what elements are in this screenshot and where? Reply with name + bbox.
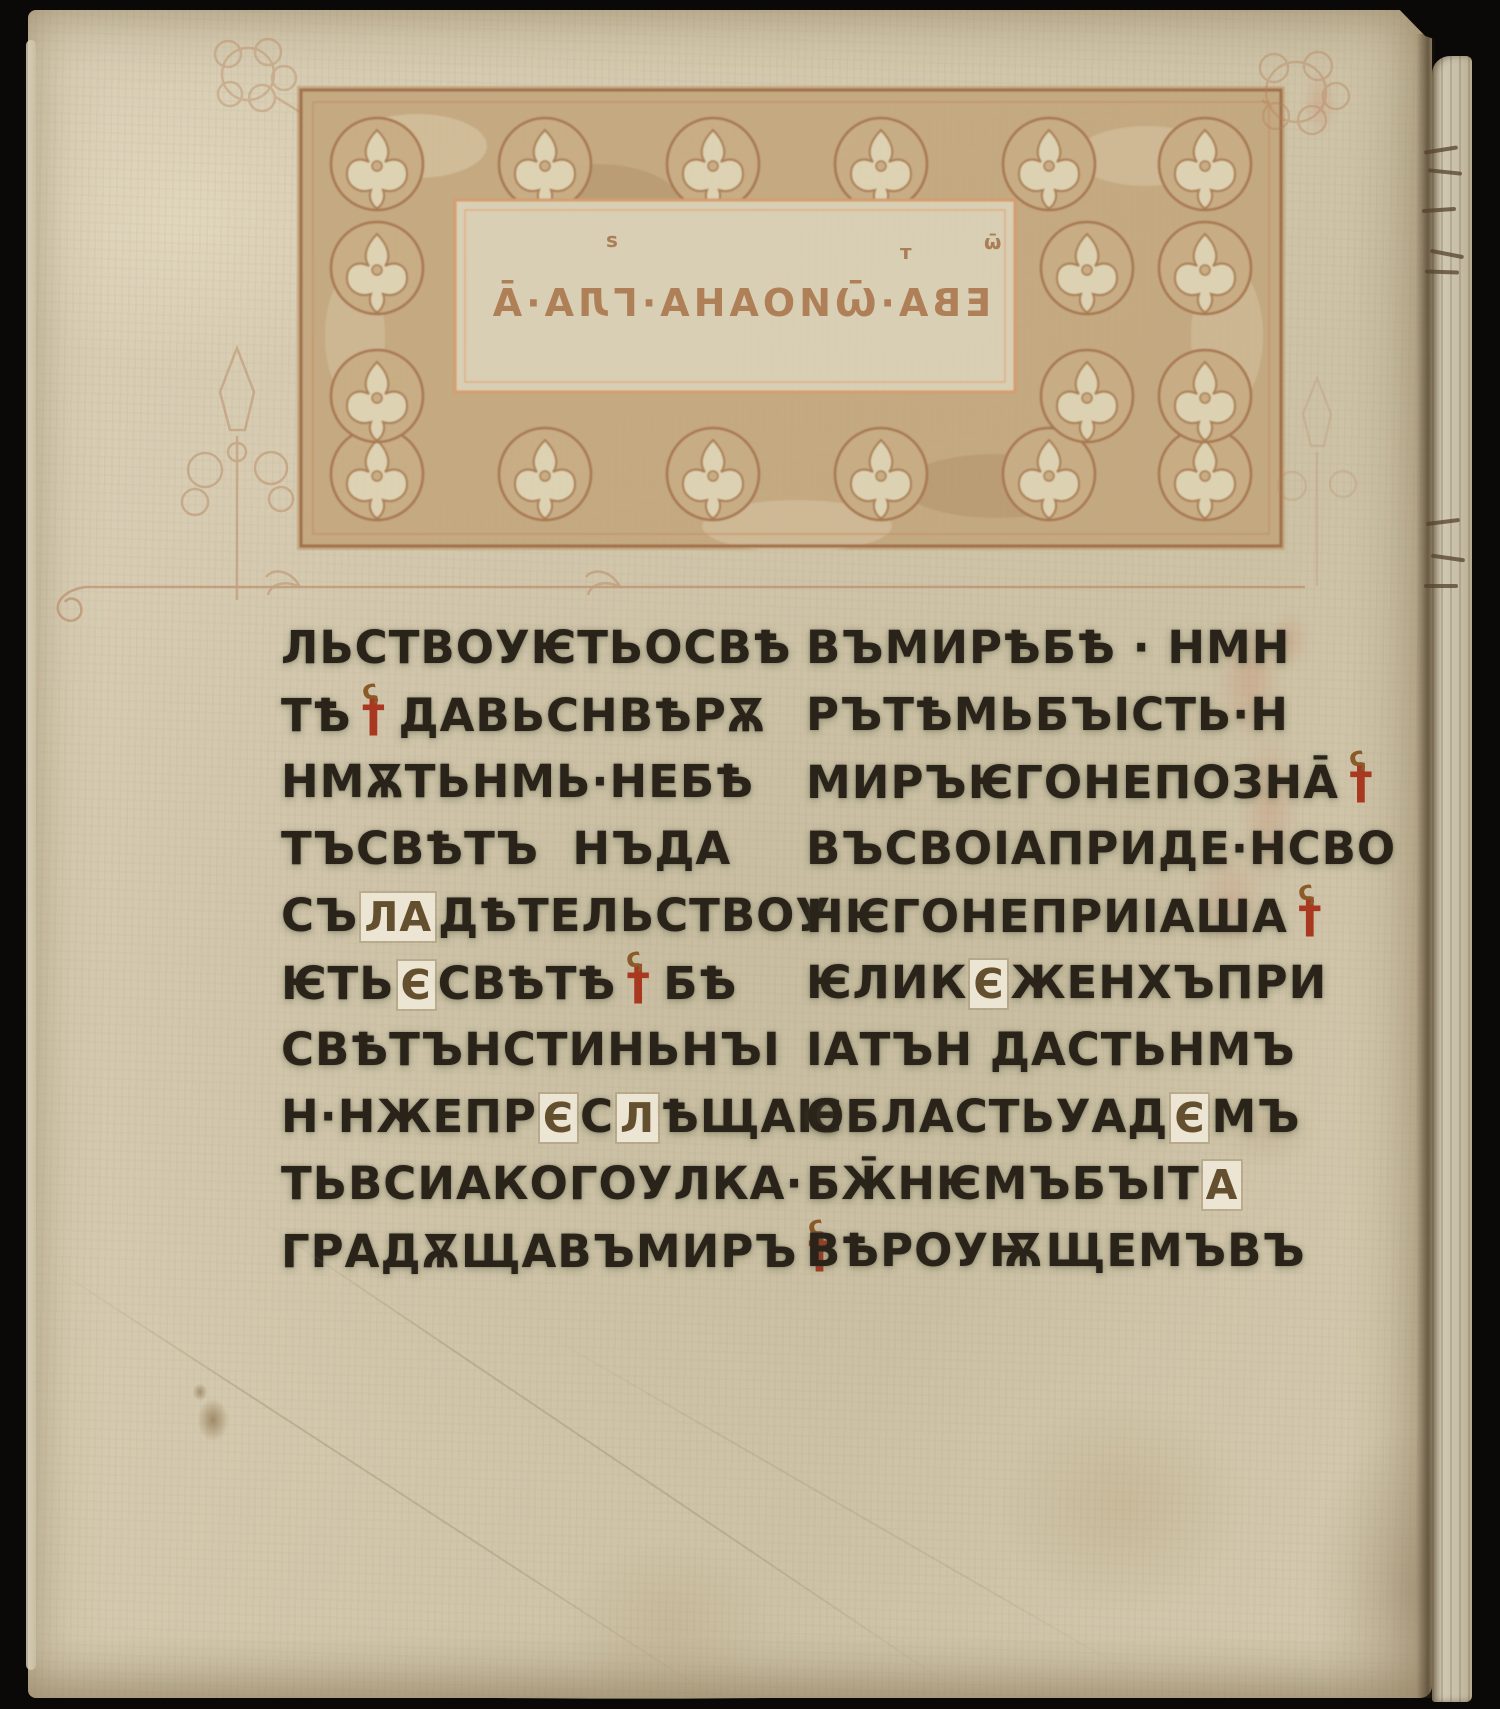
repair-patch-letter: Є [540,1094,577,1142]
ink-text: ВѢРОУѬЩЕМЪВЪ [806,1224,1306,1277]
text-line: ТѢς†ДАВЬСНВѢРѪ [281,683,766,750]
text-column-right: ВЪМИРѢБѢ · НМНРЪТѢМЬБЪІСТЬ·НМИРЪѤГОНЕПОЗ… [806,616,1396,1286]
kinovar-section-mark: ς† [362,683,387,747]
ink-text: ДАВЬСНВѢРѪ [399,689,767,742]
ink-text: ѤЛИК [806,956,967,1009]
ink-text: НѤГОНЕПРИІАША [806,890,1288,943]
text-line: ТЪСВѢТЪ НЪДА [281,817,731,884]
kinovar-section-mark: ς† [1349,750,1374,814]
text-line: Н·НЖЕПРЄСЛѢЩАѤ [281,1085,843,1152]
ink-text: ВЪМИРѢБѢ · НМН [806,621,1290,674]
repair-patch-letter: Є [970,960,1007,1008]
text-line: ТЬВСИАКОГОУЛКА· [281,1152,804,1219]
repair-patch-letter: Л [617,1094,658,1142]
ink-text: СВѢТѢ [438,957,617,1010]
text-line: МИРЪѤГОНЕПОЗНА̄ς† [806,750,1386,817]
ink-text: ОБЛАСТЬУАД [806,1090,1168,1143]
kinovar-section-mark: ς† [626,951,651,1015]
repair-patch-letter: Є [398,961,435,1009]
text-column-left: ЛЬСТВОУѤТЬОСВѢТѢς†ДАВЬСНВѢРѪНМѪТЬНМЬ·НЕБ… [281,616,845,1286]
ink-text: НМѪТЬНМЬ·НЕБѢ [281,755,754,808]
text-line: СВѢТЪНСТИНЬНЪІ [281,1018,781,1085]
ink-text: СЪ [281,889,358,942]
repair-patch-letter: А [1203,1161,1242,1209]
ink-text: ѤТЬ [281,957,395,1010]
ink-text: МЪ [1211,1090,1300,1143]
text-line: ѤЛИКЄЖЕНХЪПРИ [806,951,1327,1018]
text-line: РЪТѢМЬБЪІСТЬ·Н [806,683,1289,750]
ink-text: ТѢ [281,689,352,742]
text-line: ІАТЪН ДАСТЬНМЪ [806,1018,1296,1085]
text-line: БЖ̄НѤМЪБЪІТА [806,1152,1244,1219]
repair-patch-letter: ЛА [361,893,435,941]
ink-text: ЖЕНХЪПРИ [1010,956,1327,1009]
repair-patch-letter: Є [1171,1094,1208,1142]
ink-text: РЪТѢМЬБЪІСТЬ·Н [806,688,1289,741]
ink-text: СВѢТЪНСТИНЬНЪІ [281,1023,781,1076]
text-line: НМѪТЬНМЬ·НЕБѢ [281,750,754,817]
text-line: НѤГОНЕПРИІАШАς† [806,884,1335,951]
text-line: ГРАДѪЩАВЪМИРЪς† [281,1219,845,1286]
text-line: ВѢРОУѬЩЕМЪВЪ [806,1219,1306,1286]
text-line: ѤТЬЄСВѢТѢς†БѢ [281,951,737,1018]
ink-text: БѢ [663,957,737,1010]
ink-text: ГРАДѪЩАВЪМИРЪ [281,1225,798,1278]
ink-text: ТЪСВѢТЪ НЪДА [281,822,731,875]
text-line: СЪЛАДѢТЕЛЬСТВОУ [281,884,831,951]
ink-text: ТЬВСИАКОГОУЛКА· [281,1157,804,1210]
kinovar-swash: ς [1342,725,1372,791]
text-line: ОБЛАСТЬУАДЄМЪ [806,1085,1301,1152]
verso-ornament-show-through [1285,48,1355,158]
ink-text: Н·НЖЕПР [281,1090,537,1143]
ink-text: С [580,1090,614,1143]
kinovar-section-mark: ς† [1298,884,1323,948]
ink-text: ІАТЪН ДАСТЬНМЪ [806,1023,1296,1076]
text-line: ВЪМИРѢБѢ · НМН [806,616,1290,683]
manuscript-photo: ЕВА·Ѡ̄ИОАНА·ГЛА·А̄ ѕ т ѡ̄ [0,0,1500,1709]
ink-text: БЖ̄НѤМЪБЪІТ [806,1157,1200,1210]
ink-text: МИРЪѤГОНЕПОЗНА̄ [806,756,1339,809]
